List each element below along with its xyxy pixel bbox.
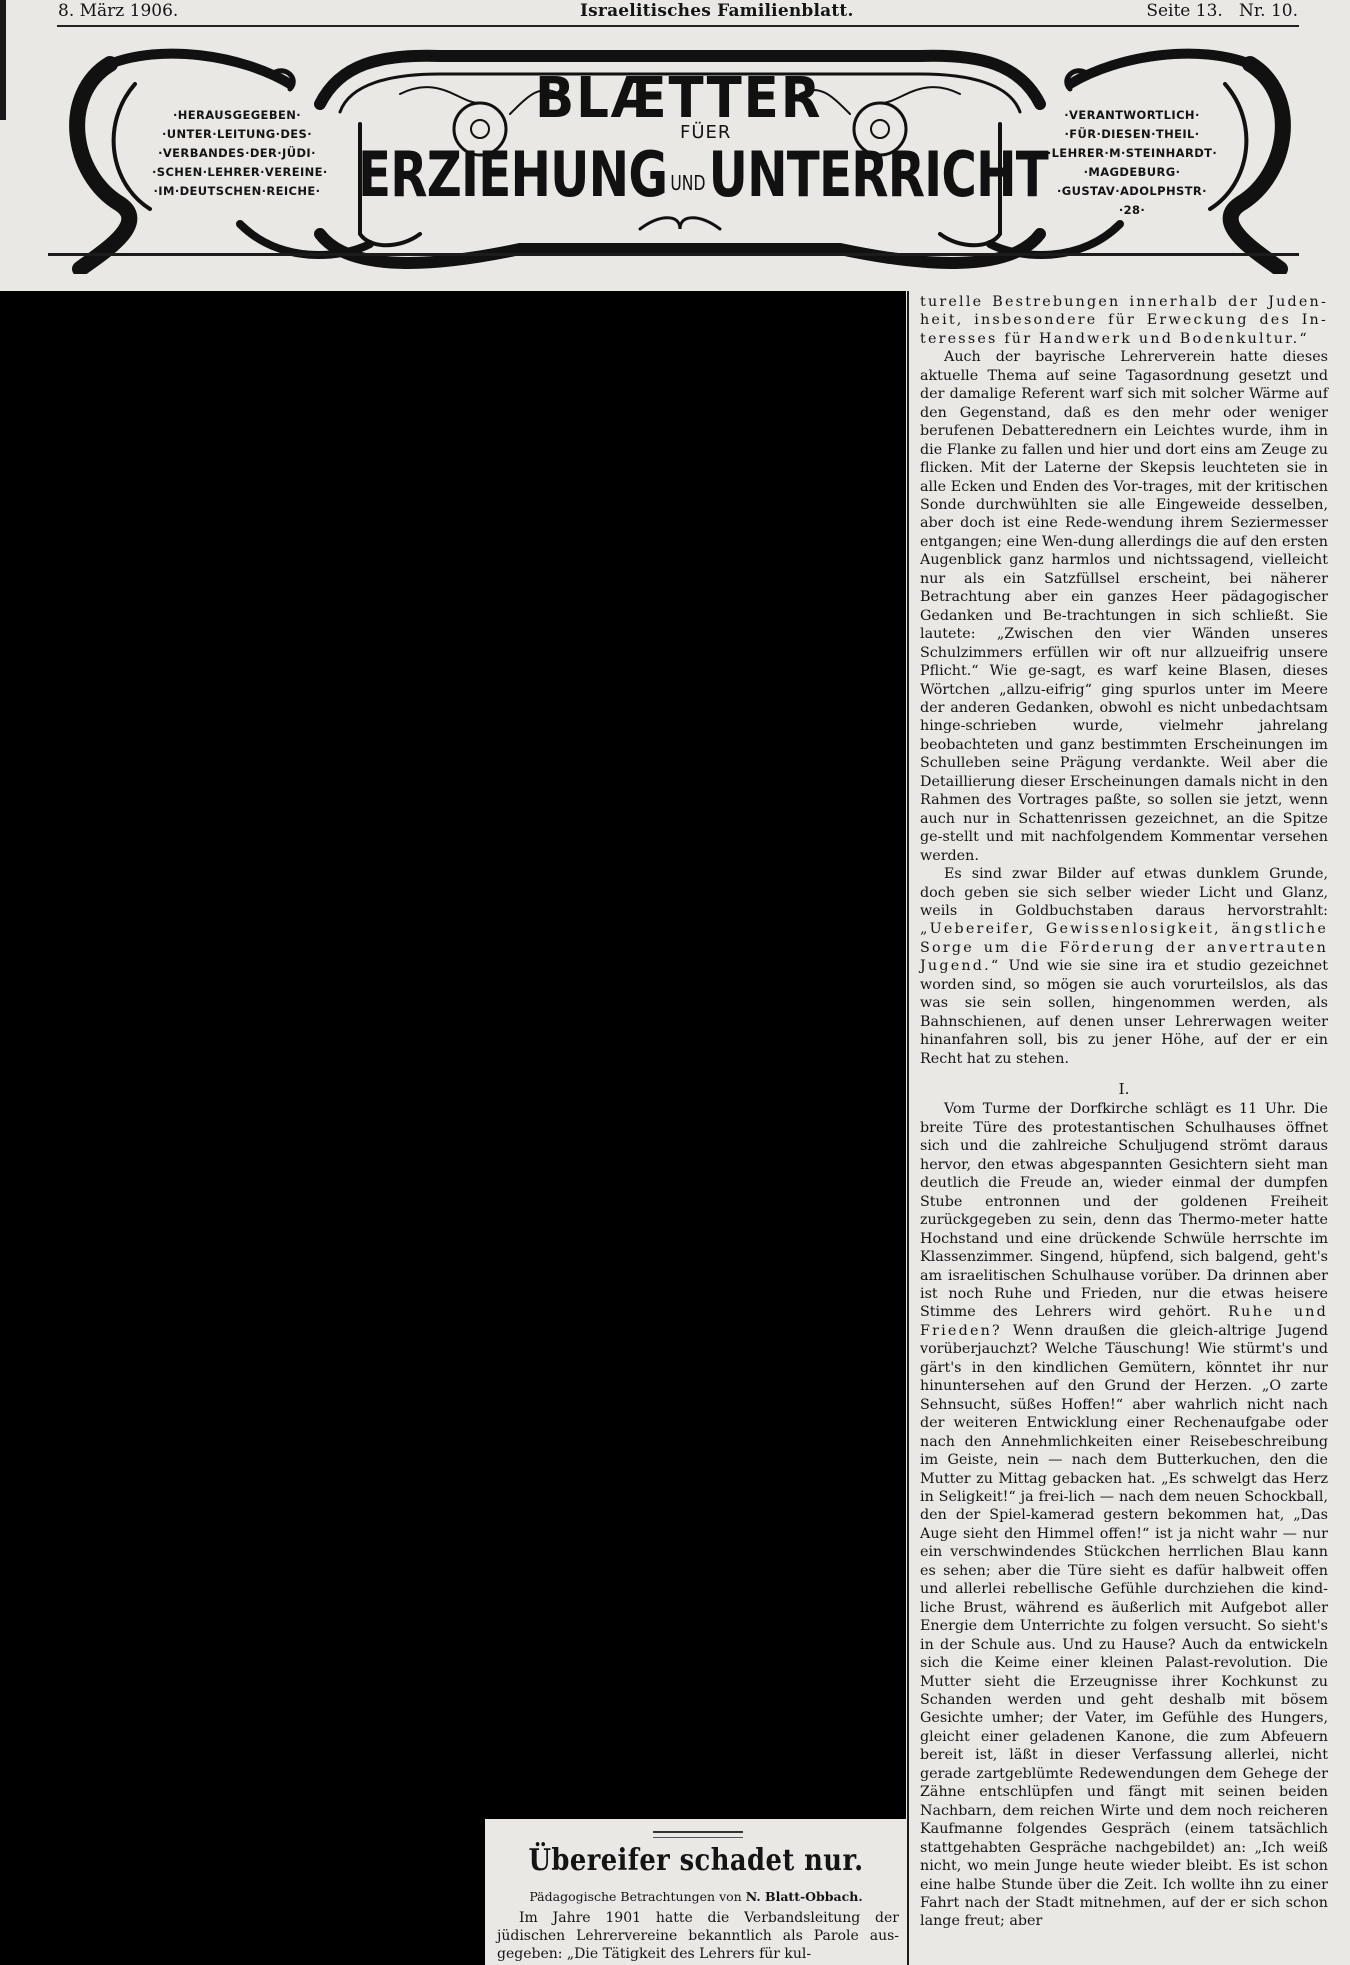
masthead-editor-note: ·VERANTWORTLICH· ·FÜR·DIESEN·THEIL· ·LEH… bbox=[1042, 106, 1222, 220]
page-edge-shadow bbox=[0, 0, 6, 120]
text-run: Es sind zwar Bilder auf etwas dunklem Gr… bbox=[920, 866, 1328, 919]
article-column: turelle Bestrebungen innerhalb der Juden… bbox=[920, 293, 1328, 1931]
byline-author: N. Blatt-Obbach. bbox=[746, 1889, 863, 1904]
publisher-line: ·VERBANDES·DER·JÜDI· bbox=[152, 144, 322, 163]
editor-line: ·VERANTWORTLICH· bbox=[1042, 106, 1222, 125]
masthead: ·HERAUSGEGEBEN· ·UNTER·LEITUNG·DES· ·VER… bbox=[40, 34, 1320, 274]
publication-title: Israelitisches Familienblatt. bbox=[580, 1, 854, 21]
article-intro: Im Jahre 1901 hatte die Verbandsleitung … bbox=[497, 1909, 899, 1963]
section-number: I. bbox=[920, 1080, 1328, 1098]
publisher-line: ·SCHEN·LEHRER·VEREINE· bbox=[152, 163, 322, 182]
paragraph: Vom Turme der Dorfkirche schlägt es 11 U… bbox=[920, 1100, 1328, 1930]
publisher-line: ·HERAUSGEGEBEN· bbox=[152, 106, 322, 125]
byline-prefix: Pädagogische Betrachtungen von bbox=[529, 1889, 741, 1904]
editor-line: ·FÜR·DIESEN·THEIL· bbox=[1042, 125, 1222, 144]
page-number: Seite 13. bbox=[1146, 1, 1222, 21]
running-head-rule bbox=[57, 25, 1299, 27]
masthead-bottom-rule bbox=[48, 253, 1299, 256]
publisher-line: ·IM·DEUTSCHEN·REICHE· bbox=[152, 182, 322, 201]
editor-line: ·LEHRER·M·STEINHARDT· bbox=[1042, 144, 1222, 163]
article-header-box: Übereifer schadet nur. Pädagogische Betr… bbox=[485, 1819, 907, 1965]
column-divider bbox=[907, 291, 909, 1965]
running-head: 8. März 1906. Israelitisches Familienbla… bbox=[58, 0, 1298, 24]
text-run: Vom Turme der Dorfkirche schlägt es 11 U… bbox=[920, 1101, 1328, 1320]
article-byline: Pädagogische Betrachtungen von N. Blatt-… bbox=[485, 1889, 907, 1904]
paragraph: Auch der bayrische Lehrerverein hatte di… bbox=[920, 348, 1328, 865]
ornament-rule-icon bbox=[653, 1831, 743, 1838]
paragraph: Es sind zwar Bilder auf etwas dunklem Gr… bbox=[920, 865, 1328, 1068]
editor-line: ·MAGDEBURG· bbox=[1042, 163, 1222, 182]
masthead-title-erziehung-unterricht: ERZIEHUNGUNDUNTERRICHT bbox=[358, 138, 1048, 211]
masthead-publisher-note: ·HERAUSGEGEBEN· ·UNTER·LEITUNG·DES· ·VER… bbox=[152, 106, 322, 201]
paragraph: turelle Bestrebungen innerhalb der Juden… bbox=[920, 293, 1328, 348]
text-run: Wenn draußen die gleich-altrige Jugend v… bbox=[920, 1323, 1328, 1930]
issue-number: Nr. 10. bbox=[1239, 1, 1298, 21]
editor-line: ·28· bbox=[1042, 201, 1222, 220]
editor-line: ·GUSTAV·ADOLPHSTR· bbox=[1042, 182, 1222, 201]
redacted-region bbox=[0, 291, 906, 1819]
title-und: UND bbox=[670, 171, 705, 195]
redacted-region-lower bbox=[0, 1819, 485, 1965]
publisher-line: ·UNTER·LEITUNG·DES· bbox=[152, 125, 322, 144]
issue-date: 8. März 1906. bbox=[58, 1, 178, 21]
page-and-issue: Seite 13. Nr. 10. bbox=[1146, 1, 1298, 21]
paragraph: Im Jahre 1901 hatte die Verbandsleitung … bbox=[497, 1909, 899, 1963]
masthead-title-blaetter: BLÆTTER bbox=[535, 66, 822, 131]
text-run: Und wie sie sine ira et studio gezeichne… bbox=[920, 958, 1328, 1066]
article-title: Übereifer schadet nur. bbox=[515, 1843, 878, 1878]
title-unterricht: UNTERRICHT bbox=[709, 138, 1048, 211]
title-erziehung: ERZIEHUNG bbox=[358, 138, 667, 211]
